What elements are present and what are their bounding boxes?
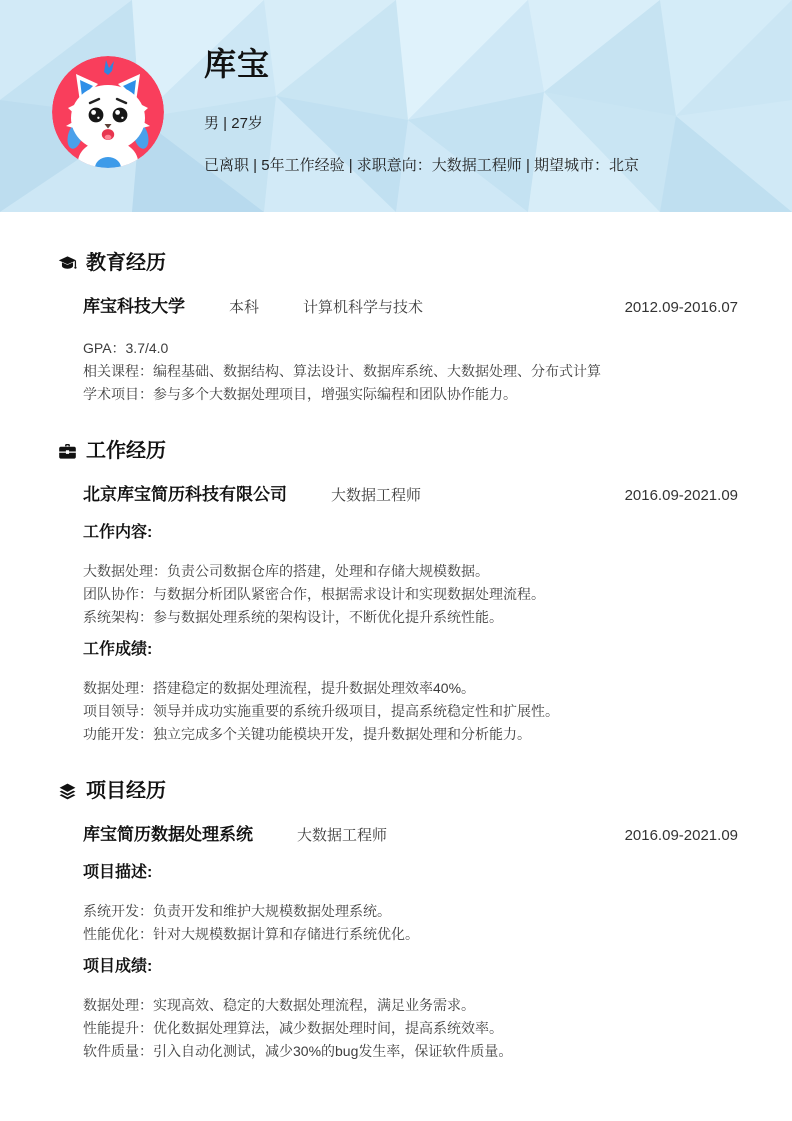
work-achievement-details: 数据处理：搭建稳定的数据处理流程，提升数据处理效率40%。 项目领导：领导并成功… [83,677,738,746]
project-description-label: 项目描述: [83,862,738,884]
project-achievement-line: 数据处理：实现高效、稳定的大数据处理流程，满足业务需求。 [83,994,738,1017]
resume-body: 教育经历 库宝科技大学 本科 计算机科学与技术 2012.09-2016.07 … [0,212,792,1063]
section-work: 工作经历 北京库宝简历科技有限公司 大数据工程师 2016.09-2021.09… [58,438,738,746]
work-achievement-label: 工作成绩: [83,639,738,661]
education-section-body: 库宝科技大学 本科 计算机科学与技术 2012.09-2016.07 GPA：3… [58,295,738,406]
work-entry-row: 北京库宝简历科技有限公司 大数据工程师 2016.09-2021.09 [83,483,738,508]
project-achievement-label: 项目成绩: [83,956,738,978]
project-description-details: 系统开发：负责开发和维护大规模数据处理系统。 性能优化：针对大规模数据计算和存储… [83,900,738,946]
work-section-body: 北京库宝简历科技有限公司 大数据工程师 2016.09-2021.09 工作内容… [58,483,738,746]
section-education: 教育经历 库宝科技大学 本科 计算机科学与技术 2012.09-2016.07 … [58,212,738,406]
section-project: 项目经历 库宝简历数据处理系统 大数据工程师 2016.09-2021.09 项… [58,778,738,1063]
work-detail-line: 系统架构：参与数据处理系统的架构设计，不断优化提升系统性能。 [83,606,738,629]
courses-line: 相关课程：编程基础、数据结构、算法设计、数据库系统、大数据处理、分布式计算 [83,360,738,383]
academic-project-line: 学术项目：参与多个大数据处理项目，增强实际编程和团队协作能力。 [83,383,738,406]
project-name: 库宝简历数据处理系统 [83,823,253,847]
cat-mascot-avatar [52,56,164,168]
resume-header: 库宝 男 | 27岁 已离职 | 5年工作经验 | 求职意向：大数据工程师 | … [0,0,792,212]
work-achievement-line: 项目领导：领导并成功实施重要的系统升级项目，提高系统稳定性和扩展性。 [83,700,738,723]
job-intention-line: 已离职 | 5年工作经验 | 求职意向：大数据工程师 | 期望城市：北京 [204,155,639,176]
section-title-text: 工作经历 [86,438,166,465]
gpa-line: GPA：3.7/4.0 [83,337,738,360]
project-section-body: 库宝简历数据处理系统 大数据工程师 2016.09-2021.09 项目描述: … [58,823,738,1063]
education-date-range: 2012.09-2016.07 [625,296,738,320]
section-title-text: 教育经历 [86,250,166,277]
project-achievement-details: 数据处理：实现高效、稳定的大数据处理流程，满足业务需求。 性能提升：优化数据处理… [83,994,738,1063]
project-role: 大数据工程师 [297,824,387,848]
project-achievement-line: 性能提升：优化数据处理算法，减少数据处理时间，提高系统效率。 [83,1017,738,1040]
degree: 本科 [229,296,259,320]
person-name: 库宝 [204,44,270,84]
school-name: 库宝科技大学 [83,295,185,319]
layers-icon [58,782,77,801]
education-section-title: 教育经历 [58,212,738,277]
section-title-text: 项目经历 [86,778,166,805]
company-name: 北京库宝简历科技有限公司 [83,483,287,507]
work-content-label: 工作内容: [83,522,738,544]
education-entry-row: 库宝科技大学 本科 计算机科学与技术 2012.09-2016.07 [83,295,738,320]
work-achievement-line: 数据处理：搭建稳定的数据处理流程，提升数据处理效率40%。 [83,677,738,700]
work-achievement-line: 功能开发：独立完成多个关键功能模块开发，提升数据处理和分析能力。 [83,723,738,746]
briefcase-icon [58,442,77,461]
project-date-range: 2016.09-2021.09 [625,824,738,848]
education-details: GPA：3.7/4.0 相关课程：编程基础、数据结构、算法设计、数据库系统、大数… [83,337,738,406]
work-content-details: 大数据处理：负责公司数据仓库的搭建，处理和存储大规模数据。 团队协作：与数据分析… [83,560,738,629]
work-date-range: 2016.09-2021.09 [625,484,738,508]
resume-page: 库宝 男 | 27岁 已离职 | 5年工作经验 | 求职意向：大数据工程师 | … [0,0,792,1121]
major: 计算机科学与技术 [303,296,423,320]
header-content: 库宝 男 | 27岁 已离职 | 5年工作经验 | 求职意向：大数据工程师 | … [0,0,792,212]
project-entry-row: 库宝简历数据处理系统 大数据工程师 2016.09-2021.09 [83,823,738,848]
project-description-line: 性能优化：针对大规模数据计算和存储进行系统优化。 [83,923,738,946]
work-detail-line: 大数据处理：负责公司数据仓库的搭建，处理和存储大规模数据。 [83,560,738,583]
project-description-line: 系统开发：负责开发和维护大规模数据处理系统。 [83,900,738,923]
project-achievement-line: 软件质量：引入自动化测试，减少30%的bug发生率，保证软件质量。 [83,1040,738,1063]
work-detail-line: 团队协作：与数据分析团队紧密合作，根据需求设计和实现数据处理流程。 [83,583,738,606]
work-section-title: 工作经历 [58,438,738,465]
graduation-cap-icon [58,254,77,273]
job-title: 大数据工程师 [331,484,421,508]
avatar [52,56,164,168]
project-section-title: 项目经历 [58,778,738,805]
basic-info-line: 男 | 27岁 [204,113,263,134]
